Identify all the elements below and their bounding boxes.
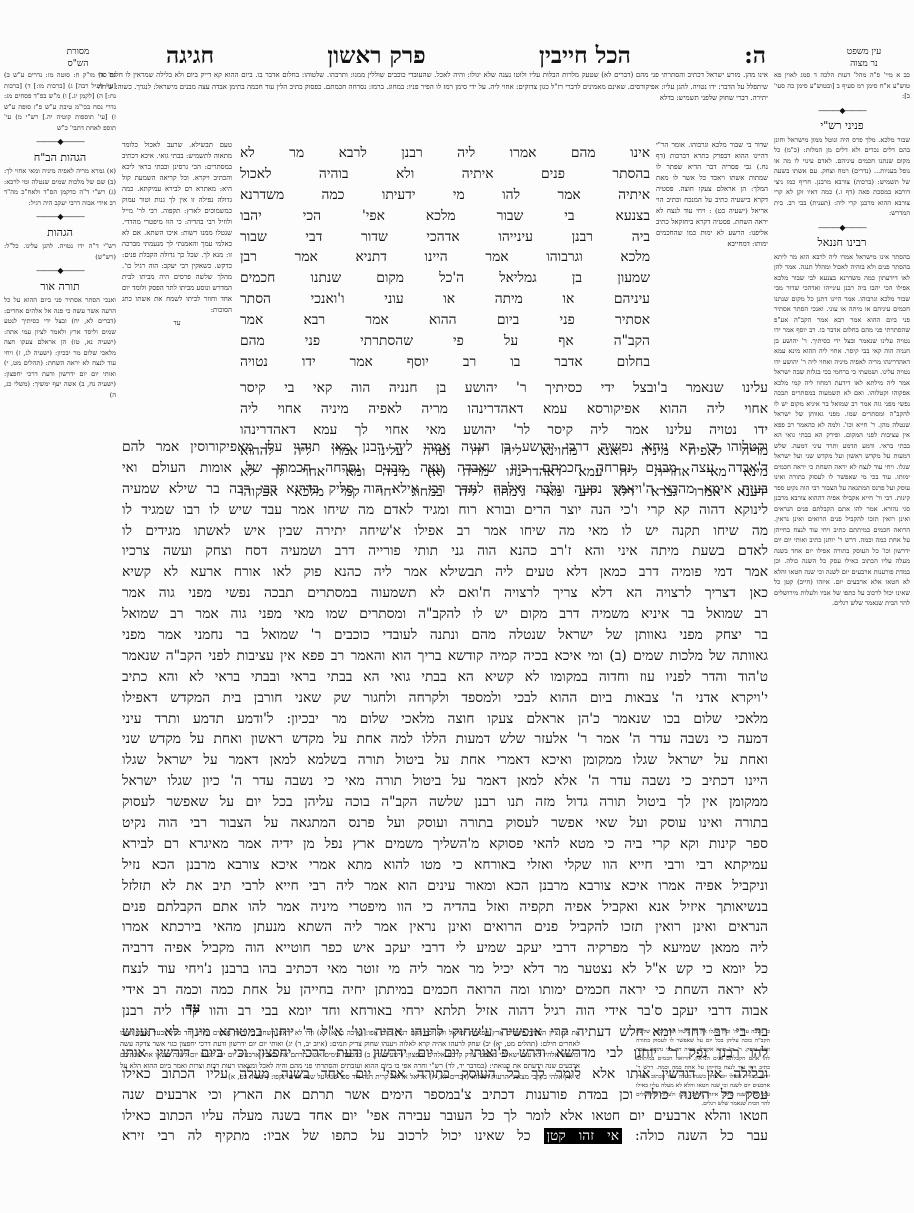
hagahot-bach-text: (א) גמרא מריה לאפיה מיניה ומאי אחוי לך: … bbox=[4, 166, 116, 208]
gemara-line: היינו דכתיב כי נשבה עדר ה' אלא למאן דאמר… bbox=[122, 771, 768, 792]
ornament-divider bbox=[4, 137, 116, 148]
bottom-rabbeinu-chananel-cont: כי נשבה עדר ה' וכיון שגלו אין לך ביטול ת… bbox=[636, 1028, 770, 1109]
chapter-number: פרק ראשון bbox=[327, 42, 425, 69]
hagahot-title: הגהות bbox=[4, 228, 116, 239]
gemara-line: כאן דצריך לרצויה הא דלא צריך לרצויה ח'וא… bbox=[122, 583, 768, 604]
gemara-line: איתיה אמר להו מי ידעיתו כמה משדרנא bbox=[240, 185, 650, 206]
tosafot-text: שדור בי שבור מלכא וגרבוהו. אומר הר"י דהי… bbox=[656, 140, 768, 250]
page-catchword: עד bbox=[186, 1000, 200, 1016]
left-margin-column: גמ' א) מו"ק ח: סוטה מז: נדרים ע"ש ב) [עי… bbox=[4, 70, 116, 1000]
gemara-line: ממקומן אין לך ביטול תורה גדול מזה תנו רב… bbox=[122, 792, 768, 813]
ornament-divider bbox=[4, 212, 116, 223]
gemara-line: לאדם בשעת מיתה איני והא ז'רב כהנא הוה גנ… bbox=[122, 541, 768, 562]
gemara-line: וניקביל אפיה אמרו איכא צורבא מרבנן הכא ו… bbox=[122, 876, 768, 897]
ornament-divider bbox=[4, 266, 116, 277]
rashi-block: טעם תבשילא. שרעב לאכול כלומר מתאוה לתשמי… bbox=[122, 140, 232, 430]
top-commentary: אינו מהן. מזרע ישראל דכתיב והסתרתי פני מ… bbox=[98, 70, 768, 105]
torah-or-text: ואנכי הסתר אסתיר פני ביום ההוא על כל הרע… bbox=[4, 295, 116, 400]
gemara-line: בהסתר פנים איתיה ולא בוהיה לאכול bbox=[240, 164, 650, 185]
hagahot-bach-title: הגהות הב"ח bbox=[4, 153, 116, 164]
gemara-line: בר יצחק מפני גאוותן של ישראל שנטלה מהם ו… bbox=[122, 625, 768, 646]
gemara-line: אחוי ליה ההוא אפיקורסא עמא דאהדרינהו מרי… bbox=[240, 399, 768, 420]
rashi-catchword: עד bbox=[122, 318, 232, 329]
gemara-narrow-block-2: אסתיר פני ביום ההוא אמר רבא אמר הקב"ה אף… bbox=[240, 310, 650, 373]
gemara-text: כל שאינו יכול לרכוב על כתפו של אביו: מתק… bbox=[122, 1128, 530, 1144]
gemara-line: כל יומא כי קש א"ל לא נצטער מר דלא יכיל מ… bbox=[122, 959, 768, 980]
pnei-rashi-text: שבור מלכא. מלך פרס היה ונוטל ממון מישראל… bbox=[774, 135, 910, 219]
gemara-line: עמיקתא רבי ורבי חייא הוו שקלי ואזלי באור… bbox=[122, 855, 768, 876]
pnei-rashi-title: פניני רש"י bbox=[774, 121, 910, 132]
gemara-line: לא יראה השחת כי יראה חכמים ימותו ומה הרו… bbox=[122, 980, 768, 1001]
gemara-line: מלכא וגרבוהו אמר היינו דתניא אמר רבן bbox=[240, 247, 650, 268]
gemara-line: הקב"ה אף על פי שהסתרתי פני מהם bbox=[240, 331, 650, 352]
highlighted-phrase[interactable]: אי זהו קטן bbox=[544, 1128, 623, 1144]
gemara-line: דמעה כי נשבה עדר ה' אמר ר' אלעזר שלש דמע… bbox=[122, 729, 768, 750]
gemara-line: ד'אבדה עצה מבנים נסרחה חכמתם כיון שאבדה … bbox=[122, 458, 768, 479]
gemara-line: אינו מהם אמרו ליה רבנן לרבא מר לא bbox=[240, 143, 650, 164]
gemara-line: ואחת על ישראל שגלו ממקומן ואיכא דאמרי אח… bbox=[122, 750, 768, 771]
gemara-narrow-block: אינו מהם אמרו ליה רבנן לרבא מר לא בהסתר … bbox=[240, 143, 650, 310]
tractate-name: חגיגה bbox=[166, 42, 214, 69]
gemara-line: מלאכי שלום בכו שנאמר כ'הן אראלם צעקו חוצ… bbox=[122, 709, 768, 730]
gemara-line: בצנעא בי שבור מלכא אפי' הכי יהבו bbox=[240, 206, 650, 227]
gemara-line: הנראים ואינן רואין תזכו להקביל פנים הרוא… bbox=[122, 917, 768, 938]
gemara-line: גאוותה של מלכות שמים (ב) ומי איכא בכיה ק… bbox=[122, 646, 768, 667]
rabbeinu-chananel-title: רבינו חננאל bbox=[774, 238, 910, 249]
gemara-line: בחלום אדבר בו רב יוסף אמר ידו נטויה bbox=[240, 352, 650, 373]
gemara-line: שמעון בן גמליאל ה'כל מקום שנתנו חכמים bbox=[240, 268, 650, 289]
gemara-line: בנשיאותך איזיל אנא ואקביל אפיה תקפיה ואז… bbox=[122, 897, 768, 918]
gemara-line: ביה רבנן עינייהו אדהכי שדור דבי שבור bbox=[240, 227, 650, 248]
masoret-notes: גמ' א) מו"ק ח: סוטה מז: נדרים ע"ש ב) [עי… bbox=[4, 70, 116, 133]
ein-mishpat-label: עין משפט נר מצוה bbox=[844, 46, 884, 70]
gemara-line: י'ויקרא אדני ה' צבאות ביום ההוא לבכי ולמ… bbox=[122, 688, 768, 709]
gemara-line: אמר דמי פומיה דרב כמאן דלא טעים ליה תבשי… bbox=[122, 562, 768, 583]
gemara-line: רב שמואל בר איניא משמיה דרב מקום יש לו ל… bbox=[122, 604, 768, 625]
gemara-last-line: עבר כל השנה כולה: אי זהו קטן כל שאינו יכ… bbox=[122, 1126, 768, 1147]
gemara-line: בתורה ואינו עוסק ועל שאי אפשר לעסוק בתור… bbox=[122, 813, 768, 834]
daf-number: ה: bbox=[744, 42, 766, 69]
gemara-line: ספר קינות וקא קרי ביה כי מטא להאי פסוקא … bbox=[122, 834, 768, 855]
gemara-line: בעית אימא מהכא ה'ויאמר נסעה ונלכה ואלכה … bbox=[122, 479, 768, 500]
rashi-text: טעם תבשילא. שרעב לאכול כלומר מתאוה לתשמי… bbox=[122, 140, 232, 316]
page-title: ה: הכל חייבין פרק ראשון חגיגה bbox=[166, 42, 766, 69]
rabbeinu-chananel-text: בהסתר אינו מישראל אמרו ליה לרבא הוא מר ל… bbox=[774, 252, 910, 609]
gemara-line: עלינו שנאמר ב'ובצל ידי כסיתיך ר' יהושע ב… bbox=[240, 378, 768, 399]
hagahot-text: רש"י ד"ה ידו נטויה. להגן עלינו. כל"ל: (ר… bbox=[4, 241, 116, 262]
gemara-line: ט'הוד והדר לפניו עוז וחדוה במקומו לא קשי… bbox=[122, 667, 768, 688]
masoret-hashas-label: מסורת הש"ס bbox=[60, 46, 96, 70]
chapter-name: הכל חייבין bbox=[539, 42, 631, 69]
ornament-divider bbox=[774, 106, 910, 117]
gemara-line: ליה ממאן שמיעא לך מפרקיה דרבי יעקב שמיע … bbox=[122, 938, 768, 959]
gemara-line: לינוקא דהוה קא קרי ו'כי הנה יוצר הרים וב… bbox=[122, 500, 768, 521]
gemara-text: עבר כל השנה כולה: bbox=[635, 1128, 768, 1144]
gemara-line: עיניהם או מיתה או עוני ו'ואנכי הסתר bbox=[240, 289, 650, 310]
right-margin-column: כב א מיי' פ"ה מהל' דעות הלכה ד סמג לאוין… bbox=[774, 70, 910, 1210]
ein-mishpat-entry: כב א מיי' פ"ה מהל' דעות הלכה ד סמג לאוין… bbox=[774, 70, 910, 102]
gemara-line: מה שיחו תקנה יש לו מאי מה שיחו אמר רב אפ… bbox=[122, 521, 768, 542]
torah-or-title: תורה אור bbox=[4, 282, 116, 293]
gemara-line: אסתיר פני ביום ההוא אמר רבא אמר bbox=[240, 310, 650, 331]
ornament-divider bbox=[774, 223, 910, 234]
gemara-line: וקטלוהו כי קא ניחא נפשיה דרבי יהושע בן ח… bbox=[122, 437, 768, 458]
gemara-line: אבוה דרבי יעקב ס'בר אידי הוה רגיל דהוה א… bbox=[122, 1001, 768, 1022]
tosafot-block: שדור בי שבור מלכא וגרבוהו. אומר הר"י דהי… bbox=[656, 140, 768, 300]
bottom-torah-or: את בת ציון השליך משמים ארץ תפארת ישראל ו… bbox=[120, 1028, 580, 1083]
